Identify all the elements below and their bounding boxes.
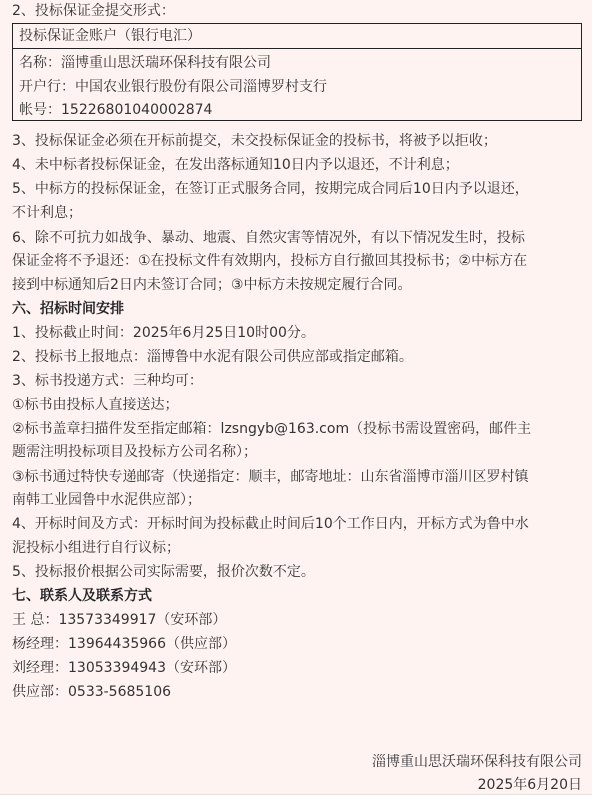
signature-date: 2025年6月20日 — [478, 777, 582, 793]
delivery-method-3-line1: ③标书通过特快专递邮寄（快递指定：顺丰，邮寄地址：山东省淄博市淄川区罗村镇 — [12, 469, 529, 485]
delivery-method-1: ①标书由投标人直接送达； — [12, 397, 179, 413]
contact-item: 刘经理：13053394943（安环部） — [12, 660, 236, 676]
contact-item: 供应部：0533-5685106 — [12, 684, 171, 700]
contacts-heading: 七、联系人及联系方式 — [12, 588, 152, 604]
schedule-item-3: 3、标书投递方式：三种均可： — [12, 373, 203, 389]
account-number: 帐号：15226801040002874 — [19, 102, 212, 118]
schedule-item-1: 1、投标截止时间：2025年6月25日10时00分。 — [12, 325, 315, 341]
delivery-method-2-line1: ②标书盖章扫描件发至指定邮箱：lzsngyb@163.com（投标书需设置密码，… — [12, 421, 531, 437]
deposit-item-5-line2: 不计利息； — [12, 205, 82, 221]
delivery-method-2-line2: 题需注明投标项目及投标方公司名称）； — [12, 444, 257, 460]
deposit-item-6-line1: 6、除不可抗力如战争、暴动、地震、自然灾害等情况外，有以下情况发生时，投标 — [12, 230, 525, 246]
schedule-heading: 六、招标时间安排 — [12, 301, 124, 317]
schedule-item-4-line1: 4、开标时间及方式：开标时间为投标截止时间后10个工作日内，开标方式为鲁中水 — [12, 516, 529, 532]
deposit-item-3: 3、投标保证金必须在开标前提交，未交投标保证金的投标书，将被予以拒收； — [12, 133, 497, 149]
account-bank: 开户行：中国农业银行股份有限公司淄博罗村支行 — [19, 79, 327, 95]
contact-item: 王 总：13573349917（安环部） — [12, 612, 226, 628]
schedule-item-2: 2、投标书上报地点：淄博鲁中水泥有限公司供应部或指定邮箱。 — [12, 349, 413, 365]
account-name: 名称：淄博重山思沃瑞环保科技有限公司 — [19, 55, 271, 71]
deposit-item-6-line2: 保证金将不予退还：①在投标文件有效期内，投标方自行撤回其投标书；②中标方在 — [12, 253, 527, 269]
schedule-item-4-line2: 泥投标小组进行自行议标； — [12, 540, 180, 556]
deposit-item-4: 4、未中标者投标保证金，在发出落标通知10日内予以退还，不计利息； — [12, 157, 459, 173]
deposit-item-6-line3: 接到中标通知后2日内未签订合同；③中标方未按规定履行合同。 — [12, 277, 411, 293]
contact-item: 杨经理：13964435966（供应部） — [12, 636, 236, 652]
document-page: 2、投标保证金提交形式： 投标保证金账户（银行电汇） 名称：淄博重山思沃瑞环保科… — [0, 0, 592, 795]
deposit-account-header: 投标保证金账户（银行电汇） — [19, 28, 201, 44]
delivery-method-3-line2: 南韩工业园鲁中水泥供应部）； — [12, 492, 201, 508]
schedule-item-5: 5、投标报价根据公司实际需要，报价次数不定。 — [12, 564, 315, 580]
deposit-form-title: 2、投标保证金提交形式： — [12, 3, 175, 19]
signature-company: 淄博重山思沃瑞环保科技有限公司 — [372, 754, 582, 770]
deposit-account-header-row: 投标保证金账户（银行电汇） — [13, 24, 581, 49]
deposit-item-5-line1: 5、中标方的投标保证金，在签订正式服务合同，按期完成合同后10日内予以退还， — [12, 181, 529, 197]
deposit-account-table: 投标保证金账户（银行电汇） 名称：淄博重山思沃瑞环保科技有限公司 开户行：中国农… — [12, 23, 582, 121]
